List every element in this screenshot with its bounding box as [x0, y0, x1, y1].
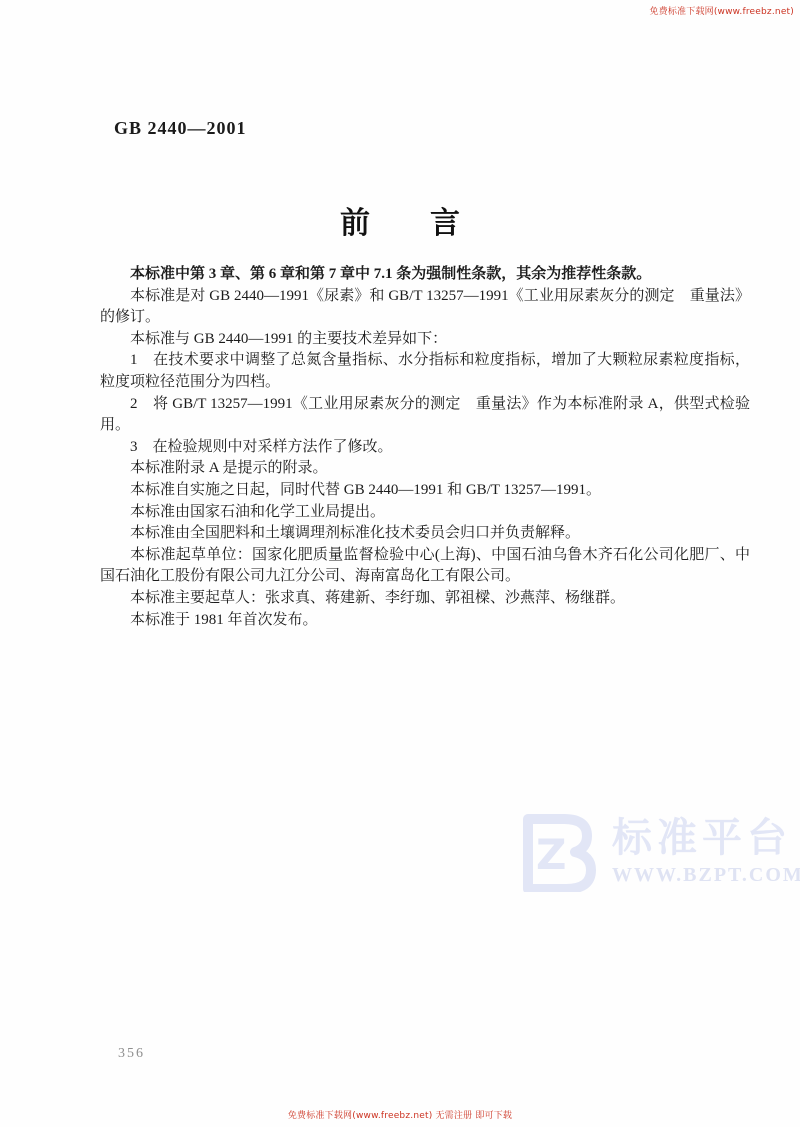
watermark-title: 标准平台 [612, 818, 800, 858]
document-page: 免费标准下载网(www.freebz.net) GB 2440—2001 前 言… [0, 0, 800, 1127]
foreword-paragraph: 本标准自实施之日起，同时代替 GB 2440—1991 和 GB/T 13257… [100, 480, 750, 502]
watermark-url: WWW.BZPT.COM [612, 864, 800, 887]
watermark: Z 标准平台 WWW.BZPT.COM [514, 812, 800, 892]
foreword-paragraph-mandatory-clauses: 本标准中第 3 章、第 6 章和第 7 章中 7.1 条为强制性条款，其余为推荐… [100, 264, 750, 286]
foreword-list-item-2: 2 将 GB/T 13257—1991《工业用尿素灰分的测定 重量法》作为本标准… [100, 394, 750, 437]
foreword-paragraph: 本标准由全国肥料和土壤调理剂标准化技术委员会归口并负责解释。 [100, 523, 750, 545]
foreword-list-item-3: 3 在检验规则中对采样方法作了修改。 [100, 437, 750, 459]
foreword-title: 前 言 [0, 198, 800, 242]
foreword-paragraph: 本标准附录 A 是提示的附录。 [100, 458, 750, 480]
bzpt-logo-icon: Z [514, 812, 604, 892]
foreword-paragraph-drafting-orgs: 本标准起草单位：国家化肥质量监督检验中心(上海)、中国石油乌鲁木齐石化公司化肥厂… [100, 545, 750, 588]
foreword-paragraph: 本标准是对 GB 2440—1991《尿素》和 GB/T 13257—1991《… [100, 286, 750, 329]
foreword-list-item-1: 1 在技术要求中调整了总氮含量指标、水分指标和粒度指标，增加了大颗粒尿素粒度指标… [100, 350, 750, 393]
svg-text:Z: Z [536, 830, 566, 879]
foreword-paragraph-drafters: 本标准主要起草人：张求真、蒋建新、李纡珈、郭祖樑、沙燕萍、杨继群。 [100, 588, 750, 610]
bottom-banner-text: 免费标准下载网(www.freebz.net) 无需注册 即可下载 [288, 1111, 512, 1121]
page-number: 356 [118, 1046, 145, 1062]
bottom-banner: 免费标准下载网(www.freebz.net) 无需注册 即可下载 [0, 1108, 800, 1121]
foreword-paragraph: 本标准与 GB 2440—1991 的主要技术差异如下： [100, 329, 750, 351]
watermark-text: 标准平台 WWW.BZPT.COM [612, 818, 800, 887]
foreword-paragraph-first-issue: 本标准于 1981 年首次发布。 [100, 610, 750, 632]
top-banner: 免费标准下载网(www.freebz.net) [649, 4, 794, 17]
foreword-body: 本标准中第 3 章、第 6 章和第 7 章中 7.1 条为强制性条款，其余为推荐… [100, 264, 750, 631]
foreword-paragraph: 本标准由国家石油和化学工业局提出。 [100, 502, 750, 524]
standard-code: GB 2440—2001 [114, 118, 247, 139]
top-banner-text: 免费标准下载网(www.freebz.net) [649, 7, 794, 17]
